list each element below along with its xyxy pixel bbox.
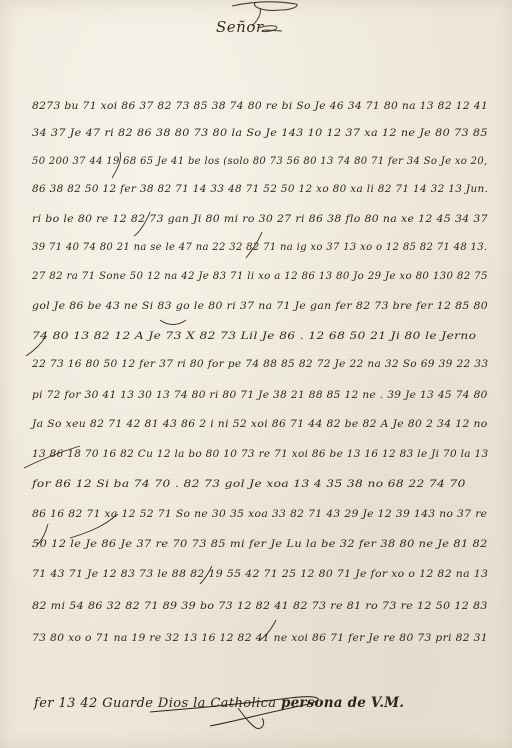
cipher-line-6: 39 71 40 74 80 21 na se le 47 na 22 32 8… <box>32 241 487 253</box>
cipher-line-5: ri bo le 80 re 12 82 73 gan Ji 80 mi ro … <box>32 213 488 225</box>
manuscript-page: Señor 8273 bu 71 xoi 86 37 82 73 85 38 7… <box>0 0 512 748</box>
cipher-line-3: 50 200 37 44 19 68 65 Je 41 be los (solo… <box>32 155 488 167</box>
cipher-line-8: gol Je 86 be 43 ne Si 83 go le 80 ri 37 … <box>32 300 488 312</box>
cipher-line-15: 86 16 82 71 xa 12 52 71 So ne 30 35 xoa … <box>32 508 487 520</box>
cipher-line-11: pi 72 for 30 41 13 30 13 74 80 ri 80 71 … <box>32 389 488 401</box>
closing-prefix: fer 13 42 <box>34 696 98 711</box>
cipher-line-10: 22 73 16 80 50 12 fer 37 ri 80 for pe 74… <box>32 358 488 370</box>
cipher-line-14: for 86 12 Si ba 74 70 . 82 73 gol Je xoa… <box>32 478 466 490</box>
cipher-line-12: Ja So xeu 82 71 42 81 43 86 2 i ni 52 xo… <box>32 418 488 430</box>
cipher-line-4: 86 38 82 50 12 fer 38 82 71 14 33 48 71 … <box>32 183 488 195</box>
cipher-line-1: 8273 bu 71 xoi 86 37 82 73 85 38 74 80 r… <box>32 100 488 112</box>
signature: persona de V.M. <box>281 695 404 711</box>
salutation-heading: Señor <box>216 18 264 36</box>
closing-text: Guarde Dios la Catholica <box>102 696 276 711</box>
cipher-line-19: 73 80 xo o 71 na 19 re 32 13 16 12 82 41… <box>32 632 488 644</box>
cipher-line-13: 13 86 18 70 16 82 Cu 12 la bo 80 10 73 r… <box>32 448 489 460</box>
cipher-line-7: 27 82 ra 71 Sone 50 12 na 42 Je 83 71 li… <box>32 270 488 282</box>
cipher-line-2: 34 37 Je 47 ri 82 86 38 80 73 80 la So J… <box>32 127 488 139</box>
cipher-line-18: 82 mi 54 86 32 82 71 89 39 bo 73 12 82 4… <box>32 600 488 612</box>
cipher-line-9: 74 80 13 82 12 A Je 73 X 82 73 Lil Je 86… <box>32 330 476 342</box>
cipher-line-16: 50 12 le Je 86 Je 37 re 70 73 85 mi fer … <box>32 538 488 550</box>
closing-line: fer 13 42 Guarde Dios la Catholica perso… <box>34 695 404 711</box>
cipher-line-17: 71 43 71 Je 12 83 73 le 88 82 19 55 42 7… <box>32 568 488 580</box>
